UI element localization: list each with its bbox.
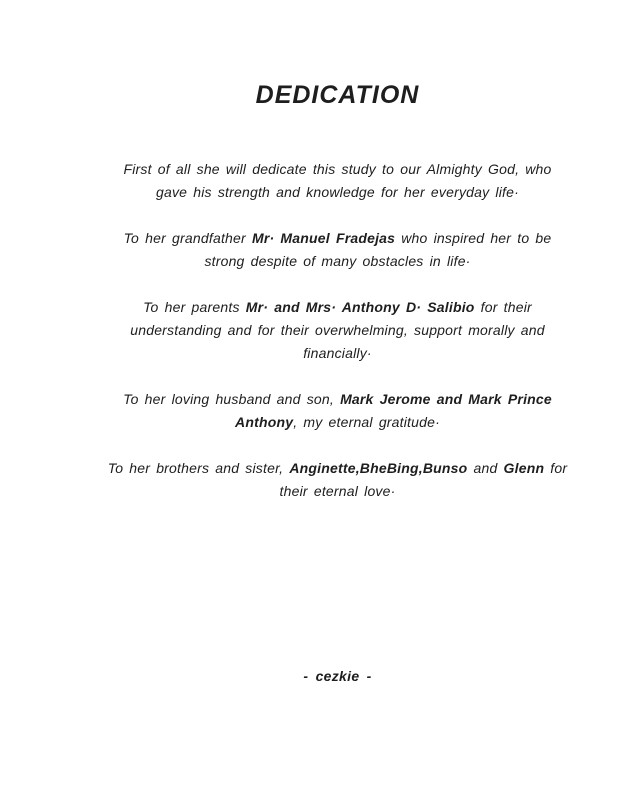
dedication-text: their eternal love· — [280, 483, 396, 499]
dedication-line: gave his strength and knowledge for her … — [86, 181, 589, 204]
dedication-line: First of all she will dedicate this stud… — [86, 158, 589, 181]
dedication-text: for — [544, 460, 567, 476]
dedication-line: strong despite of many obstacles in life… — [86, 250, 589, 273]
dedication-line: their eternal love· — [86, 480, 589, 503]
dedication-name-bold: Anginette,BheBing,Bunso — [289, 460, 467, 476]
dedication-text: To her grandfather — [124, 230, 252, 246]
dedication-text: for their — [475, 299, 532, 315]
dedication-line: To her parents Mr· and Mrs· Anthony D· S… — [86, 296, 589, 319]
dedication-text: To her brothers and sister, — [108, 460, 290, 476]
dedication-text: To her loving husband and son, — [123, 391, 340, 407]
dedication-text: financially· — [303, 345, 372, 361]
dedication-text: who inspired her to be — [395, 230, 551, 246]
dedication-line: To her brothers and sister, Anginette,Bh… — [86, 457, 589, 480]
dedication-line: To her loving husband and son, Mark Jero… — [86, 388, 589, 411]
dedication-text: To her parents — [143, 299, 246, 315]
dedication-name-bold: Anthony — [235, 414, 293, 430]
dedication-line: financially· — [86, 342, 589, 365]
dedication-line: To her grandfather Mr· Manuel Fradejas w… — [86, 227, 589, 250]
dedication-name-bold: Glenn — [504, 460, 545, 476]
dedication-line: Anthony, my eternal gratitude· — [86, 411, 589, 434]
document-page: DEDICATION First of all she will dedicat… — [0, 0, 617, 800]
dedication-text: First of all she will dedicate this stud… — [123, 161, 551, 177]
dedication-name-bold: Mr· and Mrs· Anthony D· Salibio — [246, 299, 475, 315]
dedication-paragraph: To her loving husband and son, Mark Jero… — [86, 388, 589, 434]
dedication-paragraph: To her grandfather Mr· Manuel Fradejas w… — [86, 227, 589, 273]
dedication-text: , my eternal gratitude· — [293, 414, 440, 430]
dedication-text: gave his strength and knowledge for her … — [156, 184, 519, 200]
dedication-name-bold: Mr· Manuel Fradejas — [252, 230, 395, 246]
dedication-paragraph: First of all she will dedicate this stud… — [86, 158, 589, 204]
dedication-text: and — [467, 460, 503, 476]
dedication-paragraph: To her brothers and sister, Anginette,Bh… — [86, 457, 589, 503]
dedication-paragraphs: First of all she will dedicate this stud… — [86, 158, 589, 503]
page-content: DEDICATION First of all she will dedicat… — [0, 0, 617, 688]
page-title: DEDICATION — [86, 80, 589, 110]
dedication-name-bold: Mark Jerome and Mark Prince — [340, 391, 552, 407]
dedication-text: understanding and for their overwhelming… — [130, 322, 545, 338]
dedication-text: strong despite of many obstacles in life… — [204, 253, 470, 269]
dedication-line: understanding and for their overwhelming… — [86, 319, 589, 342]
dedication-paragraph: To her parents Mr· and Mrs· Anthony D· S… — [86, 296, 589, 365]
signature: - cezkie - — [86, 665, 589, 688]
